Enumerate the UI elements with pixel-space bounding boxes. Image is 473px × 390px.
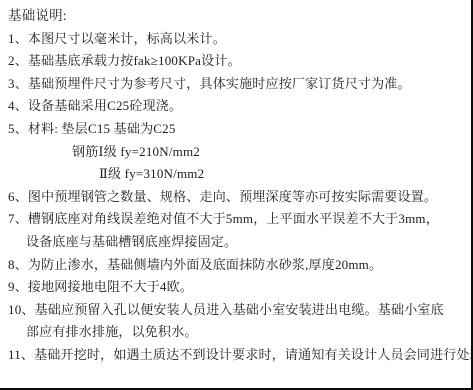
foundation-notes-sheet: 基础说明: 1、本图尺寸以毫米计，标高以米计。 2、基础基底承载力按fak≥10… [0, 0, 473, 390]
note-line-7: 7、槽钢底座对角线误差绝对值不大于5mm，上平面水平误差不大于3mm， [0, 208, 471, 231]
note-line-5: 5、材料: 垫层C15 基础为C25 [0, 118, 471, 141]
note-line-7-continuation: 设备底座与基础槽钢底座焊接固定。 [0, 231, 471, 254]
note-line-5-rebar-grade-2: Ⅱ级 fy=310N/mm2 [0, 163, 471, 186]
note-line-1: 1、本图尺寸以毫米计，标高以米计。 [0, 28, 471, 51]
note-line-2: 2、基础基底承载力按fak≥100KPa设计。 [0, 50, 471, 73]
note-line-9: 9、接地网接地电阻不大于4欧。 [0, 276, 471, 299]
note-line-5-rebar-grade-1: 钢筋Ⅰ级 fy=210N/mm2 [0, 141, 471, 164]
note-line-8: 8、为防止渗水，基础侧墙内外面及底面抹防水砂浆,厚度20mm。 [0, 254, 471, 277]
notes-title: 基础说明: [0, 5, 471, 28]
note-line-11: 11、基础开挖时，如遇土质达不到设计要求时，请通知有关设计人员会同进行处理。 [0, 344, 471, 367]
note-line-4: 4、设备基础采用C25砼现浇。 [0, 95, 471, 118]
note-line-6: 6、图中预埋钢管之数量、规格、走向、预埋深度等亦可按实际需要设置。 [0, 186, 471, 209]
note-line-3: 3、基础预埋件尺寸为参考尺寸，具体实施时应按厂家订货尺寸为准。 [0, 73, 471, 96]
note-line-10-continuation: 部应有排水排施，以免积水。 [0, 321, 471, 344]
note-line-10: 10、基础应预留入孔以便安装人员进入基础小室安装进出电缆。基础小室底 [0, 299, 471, 322]
